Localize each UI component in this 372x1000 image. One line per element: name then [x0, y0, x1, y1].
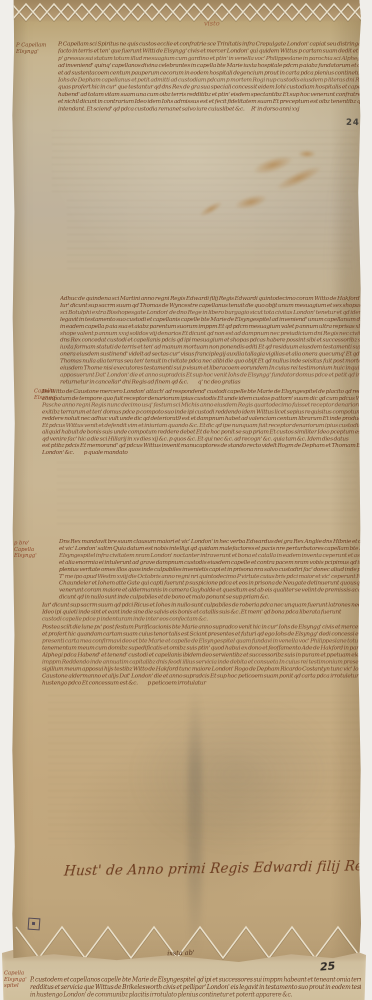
text-block-entry3-part3: Postea scilt die lune px' post festum Pu… [42, 623, 371, 686]
ink-showthrough [52, 130, 357, 192]
smudge-stain [132, 700, 342, 850]
archival-note-top: visto [204, 20, 220, 28]
regnal-year-heading: Hust' de Anno primi Regis Edwardi filij … [63, 858, 364, 879]
ink-showthrough [57, 462, 357, 528]
parchment-membrane-lower: 25 CapellaElsyngg'spitel P. custodem et … [2, 950, 366, 1000]
text-block-membrane2: P. custodem et capellanos capelle bte Ma… [30, 976, 361, 999]
text-block-entry3-part1: Dns Rex mandavit bre suum clausum maiori… [59, 538, 371, 601]
stitching-thread-top-icon [12, 1, 361, 23]
folio-stamp-24: 24 [346, 118, 360, 128]
text-block-entry3-part2: Iur' dicunt sup sacrm suum qd pdci Ricus… [42, 601, 371, 622]
parchment-membrane-upper: visto 24 P CapellamElsyngg' P. Capellam … [12, 0, 361, 962]
text-block-entry2-part1: Adhuc de quindena sci Martini anno regni… [60, 295, 371, 385]
text-block-entry1: P. Capellam sci Spiritus ne quis custos … [58, 40, 371, 112]
crease-stain [188, 688, 202, 960]
rust-stain [298, 150, 316, 158]
text-block-entry2-part2: De Witto de Caustone mercero London' att… [42, 388, 371, 456]
manuscript-photograph: 25 CapellaElsyngg'spitel P. custodem et … [0, 0, 372, 1000]
folio-stamp-25: 25 [320, 959, 336, 973]
